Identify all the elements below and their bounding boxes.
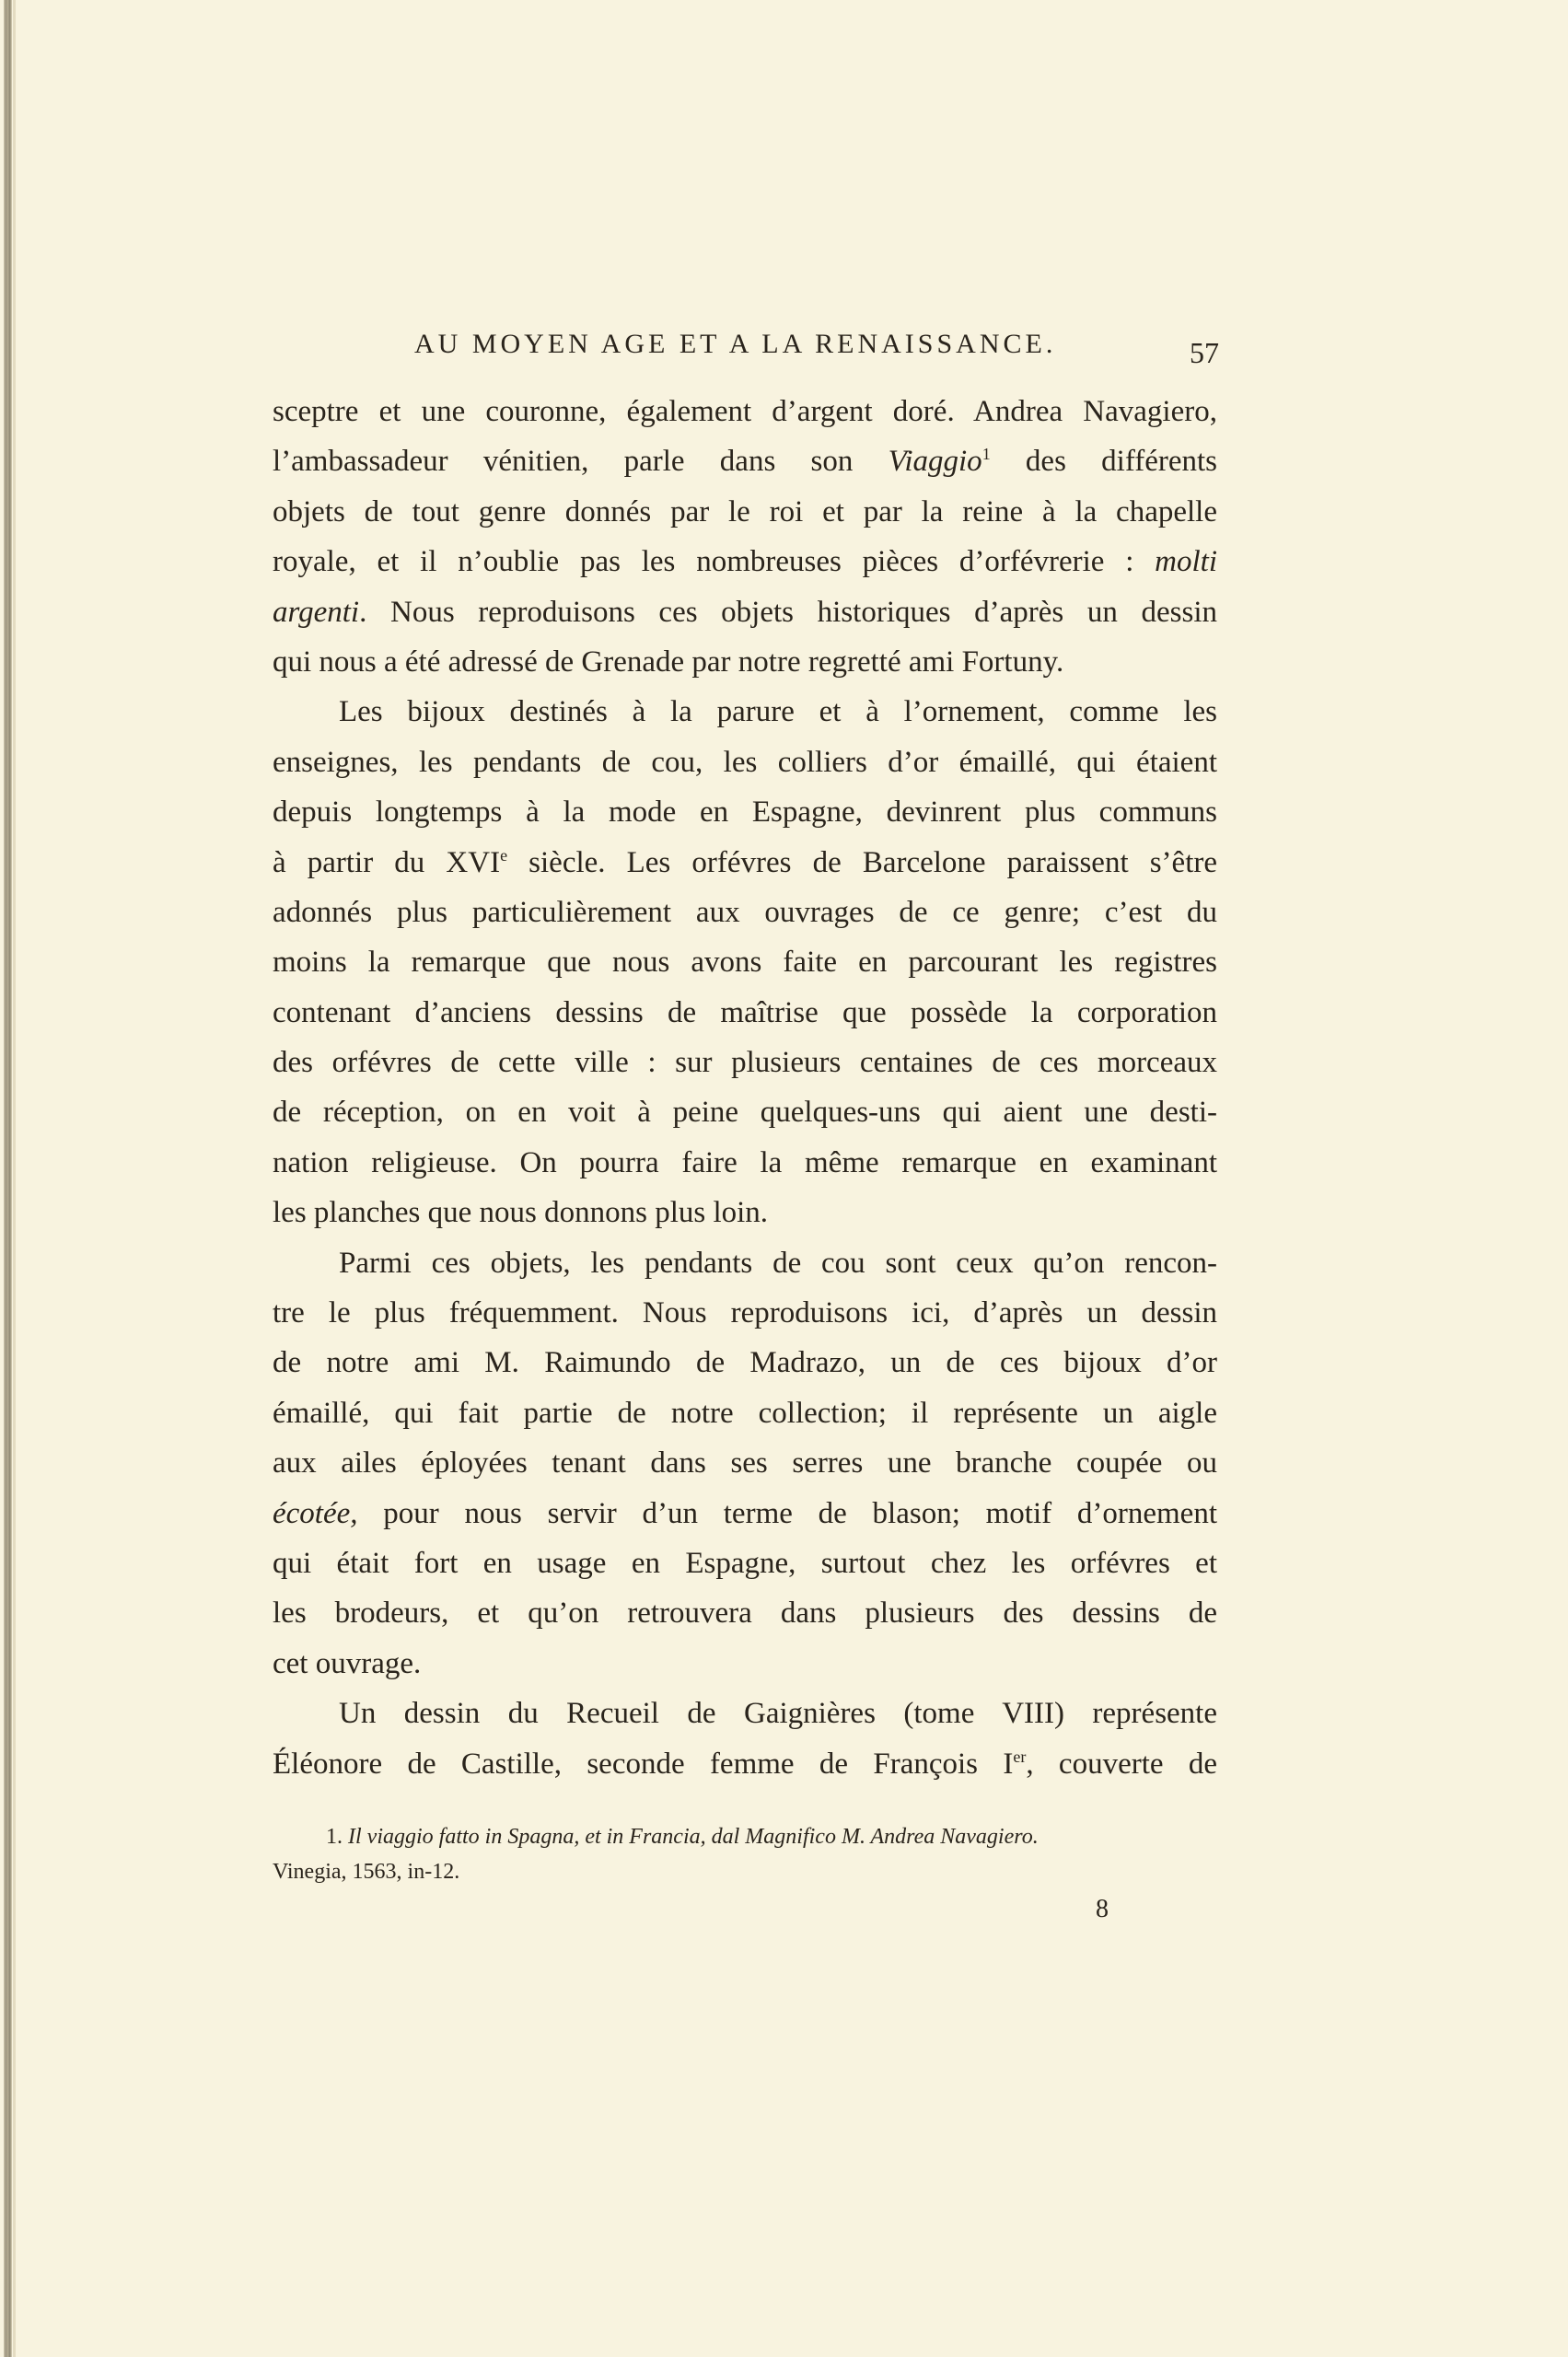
text-segment: qui nous a été adressé de Grenade par no…	[273, 645, 1063, 679]
text-segment: émaillé, qui fait partie de notre collec…	[273, 1397, 1217, 1430]
text-segment: qui était fort en usage en Espagne, surt…	[273, 1547, 1217, 1580]
text-segment: des orfévres de cette ville : sur plusie…	[273, 1046, 1217, 1079]
text-line: de réception, on en voit à peine quelque…	[273, 1087, 1217, 1137]
text-line: à partir du XVIe siècle. Les orfévres de…	[273, 838, 1217, 888]
footnote: 1. Il viaggio fatto in Spagna, et in Fra…	[273, 1819, 1217, 1889]
text-segment: XVI	[446, 846, 500, 879]
text-segment: de réception, on en voit à peine quelque…	[273, 1096, 1217, 1129]
footnote-imprint: Vinegia, 1563, in-12.	[273, 1854, 1217, 1889]
text-line: adonnés plus particulièrement aux ouvrag…	[273, 888, 1217, 937]
text-line: argenti. Nous reproduisons ces objets hi…	[273, 587, 1217, 637]
text-segment: les brodeurs, et qu’on retrouvera dans p…	[273, 1596, 1217, 1630]
text-line: qui était fort en usage en Espagne, surt…	[273, 1538, 1217, 1588]
text-line: objets de tout genre donnés par le roi e…	[273, 487, 1217, 537]
text-segment: aux ailes éployées tenant dans ses serre…	[273, 1446, 1217, 1480]
superscript: er	[1013, 1747, 1026, 1766]
text-line: enseignes, les pendants de cou, les coll…	[273, 737, 1217, 787]
text-line: contenant d’anciens dessins de maîtrise …	[273, 988, 1217, 1038]
text-line: tre le plus fréquemment. Nous reproduiso…	[273, 1288, 1217, 1338]
text-line: nation religieuse. On pourra faire la mê…	[273, 1138, 1217, 1188]
text-segment: sceptre et une couronne, également d’arg…	[273, 395, 1217, 428]
footnote-marker: 1.	[326, 1825, 343, 1849]
text-line: des orfévres de cette ville : sur plusie…	[273, 1038, 1217, 1087]
text-line: Parmi ces objets, les pendants de cou so…	[273, 1238, 1217, 1288]
text-line: aux ailes éployées tenant dans ses serre…	[273, 1438, 1217, 1488]
text-segment: cet ouvrage.	[273, 1647, 421, 1680]
text-line: l’ambassadeur vénitien, parle dans son V…	[273, 436, 1217, 486]
text-segment: Éléonore de Castille, seconde femme de F…	[273, 1747, 1013, 1781]
footnote-title: Il viaggio fatto in Spagna, et in Franci…	[348, 1825, 1039, 1849]
italic-text: Viaggio	[889, 445, 982, 478]
text-segment: . Nous reproduisons ces objets historiqu…	[359, 596, 1217, 629]
text-segment: , couverte de	[1026, 1747, 1217, 1781]
text-line: émaillé, qui fait partie de notre collec…	[273, 1388, 1217, 1438]
italic-text: molti	[1155, 545, 1217, 578]
text-line: les brodeurs, et qu’on retrouvera dans p…	[273, 1588, 1217, 1638]
text-line: moins la remarque que nous avons faite e…	[273, 937, 1217, 987]
text-segment: nation religieuse. On pourra faire la mê…	[273, 1146, 1217, 1179]
text-line: de notre ami M. Raimundo de Madrazo, un …	[273, 1338, 1217, 1387]
running-head: AU MOYEN AGE ET A LA RENAISSANCE.	[414, 329, 1243, 366]
text-line: les planches que nous donnons plus loin.	[273, 1188, 1217, 1237]
text-segment: Un dessin du Recueil de Gaignières (tome…	[339, 1697, 1217, 1730]
text-line: royale, et il n’oublie pas les nombreuse…	[273, 537, 1217, 586]
text-segment: objets de tout genre donnés par le roi e…	[273, 495, 1217, 528]
text-segment: royale, et il n’oublie pas les nombreuse…	[273, 545, 1155, 578]
text-segment: les planches que nous donnons plus loin.	[273, 1196, 768, 1229]
text-segment: enseignes, les pendants de cou, les coll…	[273, 746, 1217, 779]
text-line: cet ouvrage.	[273, 1639, 1217, 1689]
text-segment: adonnés plus particulièrement aux ouvrag…	[273, 896, 1217, 929]
text-segment: contenant d’anciens dessins de maîtrise …	[273, 996, 1217, 1029]
text-segment: Les bijoux destinés à la parure et à l’o…	[339, 695, 1217, 728]
book-binding-edge	[4, 0, 12, 2357]
text-line: qui nous a été adressé de Grenade par no…	[273, 637, 1217, 687]
superscript: e	[500, 846, 507, 865]
text-segment: l’ambassadeur vénitien, parle dans son	[273, 445, 889, 478]
text-line: sceptre et une couronne, également d’arg…	[273, 387, 1217, 436]
text-line: Éléonore de Castille, seconde femme de F…	[273, 1739, 1217, 1789]
superscript: 1	[982, 445, 991, 463]
text-segment: de notre ami M. Raimundo de Madrazo, un …	[273, 1346, 1217, 1379]
binding-shadow	[13, 0, 16, 2357]
text-segment: à partir du	[273, 846, 446, 879]
text-segment: depuis longtemps à la mode en Espagne, d…	[273, 795, 1217, 829]
body-text: sceptre et une couronne, également d’arg…	[273, 387, 1217, 1789]
text-segment: tre le plus fréquemment. Nous reproduiso…	[273, 1296, 1217, 1329]
italic-text: argenti	[273, 596, 359, 629]
text-line: écotée, pour nous servir d’un terme de b…	[273, 1489, 1217, 1538]
italic-text: écotée,	[273, 1497, 358, 1530]
footnote-line-1: 1. Il viaggio fatto in Spagna, et in Fra…	[273, 1819, 1217, 1854]
text-segment: siècle. Les orfévres de Barcelone parais…	[507, 846, 1217, 879]
page-number: 57	[1190, 336, 1219, 370]
signature-mark: 8	[1096, 1895, 1109, 1924]
text-segment: Parmi ces objets, les pendants de cou so…	[339, 1247, 1217, 1280]
text-segment: moins la remarque que nous avons faite e…	[273, 946, 1217, 979]
text-segment: pour nous servir d’un terme de blason; m…	[358, 1497, 1217, 1530]
text-line: depuis longtemps à la mode en Espagne, d…	[273, 787, 1217, 837]
text-segment: des différents	[991, 445, 1217, 478]
text-line: Les bijoux destinés à la parure et à l’o…	[273, 687, 1217, 737]
text-line: Un dessin du Recueil de Gaignières (tome…	[273, 1689, 1217, 1738]
